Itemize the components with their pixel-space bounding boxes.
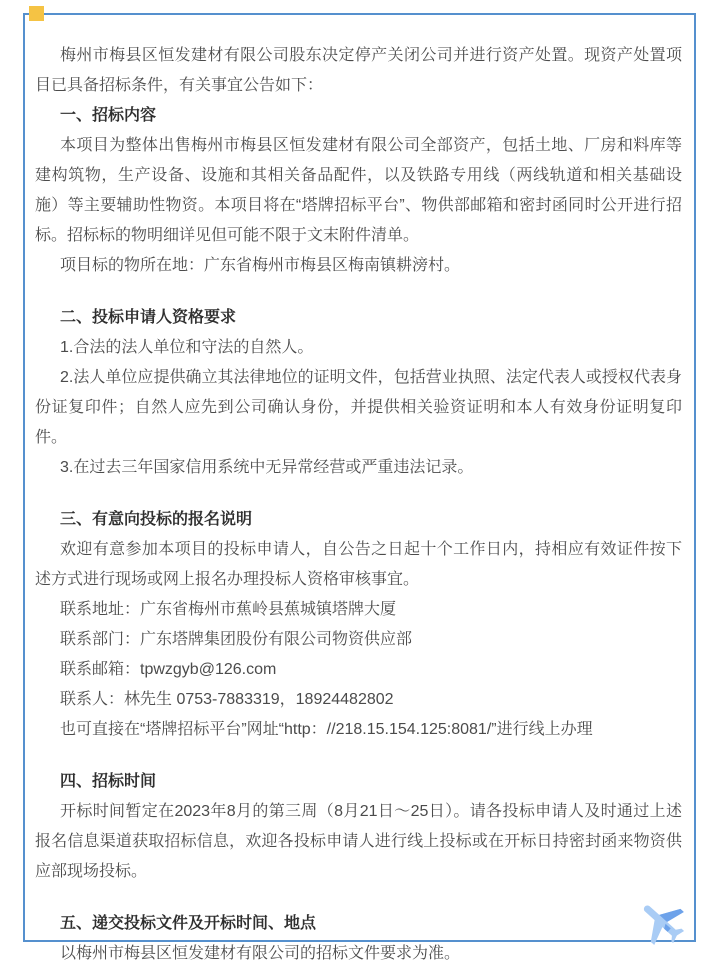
paragraph: 也可直接在“塔牌招标平台”网址“http：//218.15.154.125:80… bbox=[35, 715, 682, 745]
paragraph: 开标时间暂定在2023年8月的第三周（8月21日～25日）。请各投标申请人及时通… bbox=[35, 797, 682, 887]
content-frame: 梅州市梅县区恒发建材有限公司股东决定停产关闭公司并进行资产处置。现资产处置项目已… bbox=[23, 13, 696, 942]
paragraph: 项目标的物所在地：广东省梅州市梅县区梅南镇耕滂村。 bbox=[35, 251, 682, 281]
announcement-section: 五、递交投标文件及开标时间、地点 以梅州市梅县区恒发建材有限公司的招标文件要求为… bbox=[35, 909, 682, 963]
paragraph: 本项目为整体出售梅州市梅县区恒发建材有限公司全部资产，包括土地、厂房和料库等建构… bbox=[35, 131, 682, 251]
paragraph: 联系邮箱：tpwzgyb@126.com bbox=[35, 655, 682, 685]
paragraph: 以梅州市梅县区恒发建材有限公司的招标文件要求为准。 bbox=[35, 939, 682, 963]
paragraph: 联系地址：广东省梅州市蕉岭县蕉城镇塔牌大厦 bbox=[35, 595, 682, 625]
intro-paragraph: 梅州市梅县区恒发建材有限公司股东决定停产关闭公司并进行资产处置。现资产处置项目已… bbox=[35, 41, 682, 101]
announcement-section: 四、招标时间 开标时间暂定在2023年8月的第三周（8月21日～25日）。请各投… bbox=[35, 767, 682, 887]
paragraph: 1.合法的法人单位和守法的自然人。 bbox=[35, 333, 682, 363]
section-heading: 四、招标时间 bbox=[35, 767, 682, 797]
section-heading: 五、递交投标文件及开标时间、地点 bbox=[35, 909, 682, 939]
paragraph: 3.在过去三年国家信用系统中无异常经营或严重违法记录。 bbox=[35, 453, 682, 483]
paragraph: 2.法人单位应提供确立其法律地位的证明文件，包括营业执照、法定代表人或授权代表身… bbox=[35, 363, 682, 453]
announcement-section: 三、有意向投标的报名说明 欢迎有意参加本项目的投标申请人，自公告之日起十个工作日… bbox=[35, 505, 682, 745]
announcement-section: 一、招标内容 本项目为整体出售梅州市梅县区恒发建材有限公司全部资产，包括土地、厂… bbox=[35, 101, 682, 281]
section-heading: 三、有意向投标的报名说明 bbox=[35, 505, 682, 535]
paragraph: 联系人：林先生 0753-7883319，18924482802 bbox=[35, 685, 682, 715]
paragraph: 欢迎有意参加本项目的投标申请人，自公告之日起十个工作日内，持相应有效证件按下述方… bbox=[35, 535, 682, 595]
section-heading: 二、投标申请人资格要求 bbox=[35, 303, 682, 333]
sections-container: 一、招标内容 本项目为整体出售梅州市梅县区恒发建材有限公司全部资产，包括土地、厂… bbox=[35, 101, 682, 963]
paragraph: 联系部门：广东塔牌集团股份有限公司物资供应部 bbox=[35, 625, 682, 655]
section-heading: 一、招标内容 bbox=[35, 101, 682, 131]
announcement-section: 二、投标申请人资格要求 1.合法的法人单位和守法的自然人。2.法人单位应提供确立… bbox=[35, 303, 682, 483]
yellow-square-accent-icon bbox=[29, 6, 44, 21]
